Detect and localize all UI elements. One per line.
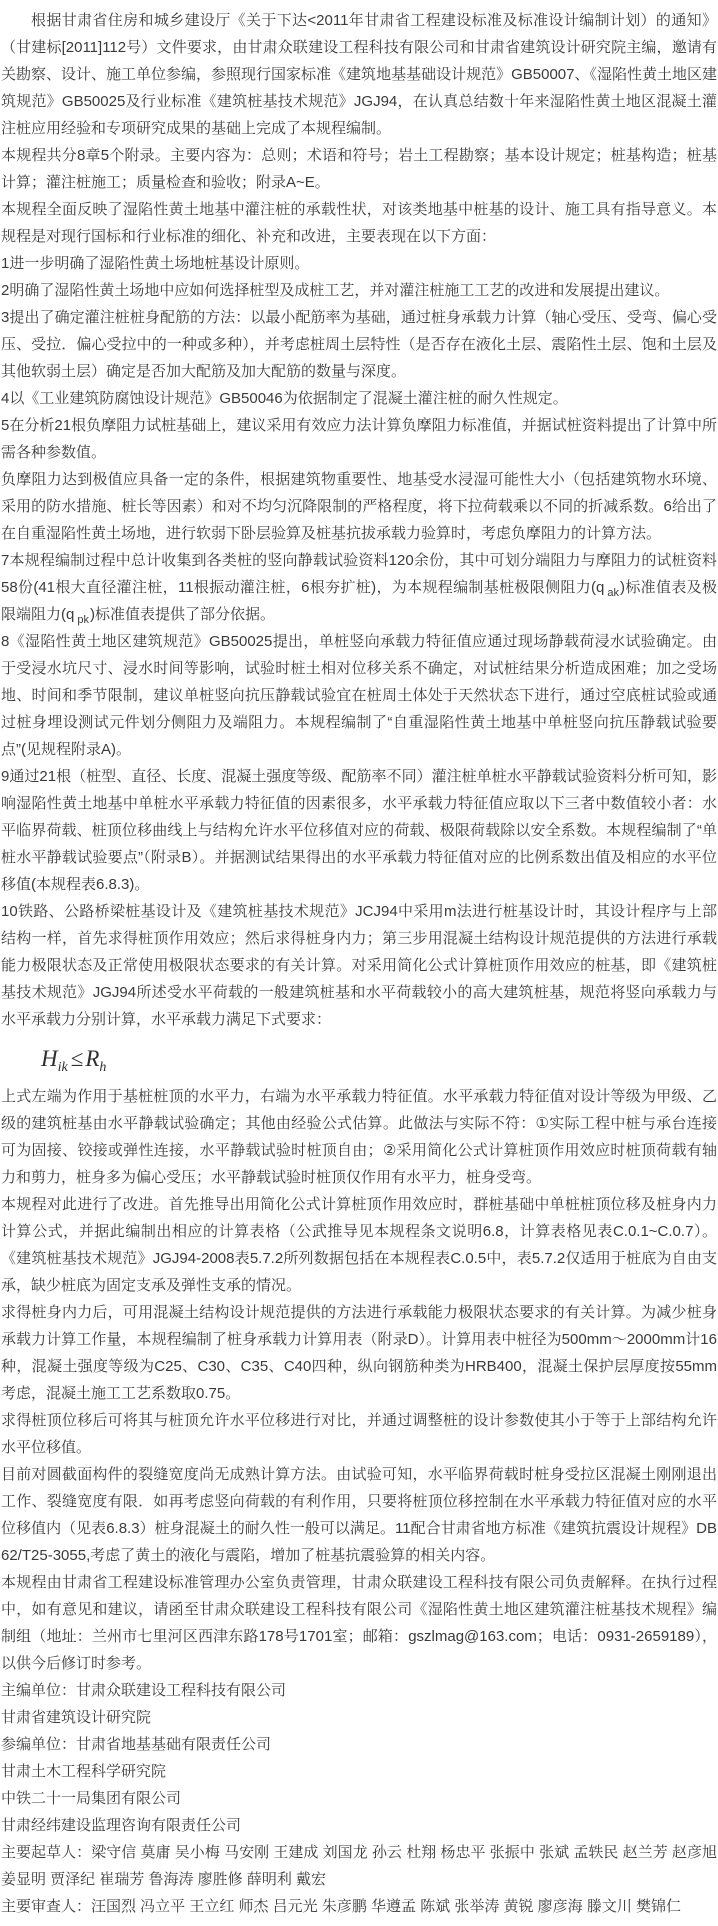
- para-item-7: 7本规程编制过程中总计收集到各类桩的竖向静载试验资料120余份，其中可划分端阻力…: [1, 547, 717, 628]
- document-body: 根据甘肃省住房和城乡建设厅《关于下达<2011年甘肃省工程建设标准及标准设计编制…: [0, 0, 718, 1926]
- para-formula-explain: 上式左端为作用于基桩桩顶的水平力，右端为水平承载力特征值。水平承载力特征值对设计…: [1, 1083, 717, 1191]
- para-displacement: 求得桩顶位移后可将其与桩顶允许水平位移进行对比，并通过调整桩的设计参数使其小于等…: [1, 1407, 717, 1461]
- para-item-10: 10铁路、公路桥梁桩基设计及《建筑桩基技术规范》JCJ94中采用m法进行桩基设计…: [1, 898, 717, 1033]
- less-equal-operator: ≤: [69, 1046, 86, 1071]
- para-item-1: 1进一步明确了湿陷性黄土场地桩基设计原则。: [1, 250, 717, 277]
- para-item-9: 9通过21根（桩型、直径、长度、混凝土强度等级、配筋率不同）灌注桩单桩水平静载试…: [1, 763, 717, 898]
- para-calc-table: 求得桩身内力后，可用混凝土结构设计规范提供的方法进行承载能力极限状态要求的有关计…: [1, 1299, 717, 1407]
- subscript: pk: [74, 614, 90, 626]
- para-drafters: 主要起草人：梁守信 莫庸 吴小梅 马安刚 王建成 刘国龙 孙云 杜翔 杨忠平 张…: [1, 1839, 717, 1893]
- para-chief-editor: 主编单位：甘肃众联建设工程科技有限公司: [1, 1677, 717, 1704]
- subscript: ak: [604, 587, 620, 599]
- para-co-editor-4: 甘肃经纬建设监理咨询有限责任公司: [1, 1812, 717, 1839]
- para-item-2: 2明确了湿陷性黄土场地中应如何选择桩型及成桩工艺，并对灌注桩施工工艺的改进和发展…: [1, 277, 717, 304]
- para-co-editor-2: 甘肃土木工程科学研究院: [1, 1758, 717, 1785]
- para-improvement: 本规程对此进行了改进。首先推导出用简化公式计算桩顶作用效应时，群桩基础中单桩桩顶…: [1, 1191, 717, 1299]
- formula-hik-rh: Hik≤Rh: [1, 1042, 717, 1076]
- para-chief-editor-2: 甘肃省建筑设计研究院: [1, 1704, 717, 1731]
- para-co-editor-3: 中铁二十一局集团有限公司: [1, 1785, 717, 1812]
- para-item-5: 5在分析21根负摩阻力试桩基础上，建议采用有效应力法计算负摩阻力标准值，并据试桩…: [1, 412, 717, 466]
- para-item-3: 3提出了确定灌注桩桩身配筋的方法：以最小配筋率为基础，通过桩身承载力计算（轴心受…: [1, 304, 717, 385]
- para-item-8: 8《湿陷性黄土地区建筑规范》GB50025提出，单桩竖向承载力特征值应通过现场静…: [1, 628, 717, 763]
- subscript: h: [99, 1060, 107, 1075]
- para-co-editor: 参编单位：甘肃省地基基础有限责任公司: [1, 1731, 717, 1758]
- para-overview: 本规程全面反映了湿陷性黄土地基中灌注桩的承载性状，对该类地基中桩基的设计、施工具…: [1, 196, 717, 250]
- para-crack-item-11: 目前对圆截面构件的裂缝宽度尚无成熟计算方法。由试验可知，水平临界荷载时桩身受拉区…: [1, 1461, 717, 1569]
- subscript: ik: [58, 1060, 69, 1075]
- para-item-4: 4以《工业建筑防腐蚀设计规范》GB50046为依据制定了混凝土灌注桩的耐久性规定…: [1, 385, 717, 412]
- para-management: 本规程由甘肃省工程建设标准管理办公室负责管理，甘肃众联建设工程科技有限公司负责解…: [1, 1569, 717, 1677]
- para-contents: 本规程共分8章5个附录。主要内容为：总则；术语和符号；岩土工程勘察；基本设计规定…: [1, 142, 717, 196]
- para-reviewers: 主要审查人：汪国烈 冯立平 王立红 师杰 吕元光 朱彦鹏 华遵孟 陈斌 张举涛 …: [1, 1893, 717, 1920]
- para-item-5b: 负摩阻力达到极值应具备一定的条件，根据建筑物重要性、地基受水浸湿可能性大小（包括…: [1, 466, 717, 547]
- para-intro: 根据甘肃省住房和城乡建设厅《关于下达<2011年甘肃省工程建设标准及标准设计编制…: [1, 7, 717, 142]
